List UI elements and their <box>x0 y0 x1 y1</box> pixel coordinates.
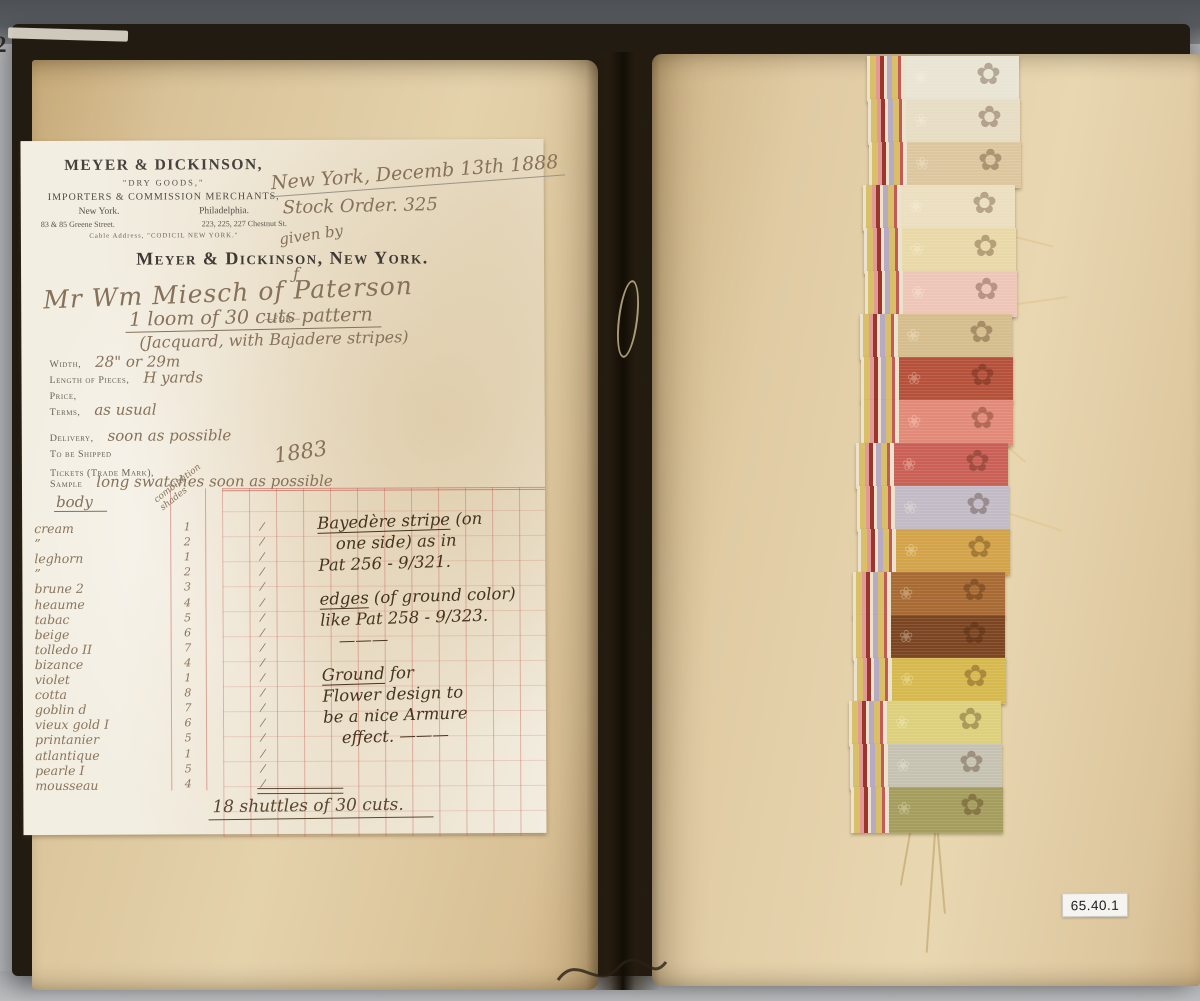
floral-motif-icon: ❀ <box>910 242 924 259</box>
handwritten-stock-order: Stock Order. 325 <box>283 194 438 218</box>
floral-motif-icon: ✿ <box>958 705 983 735</box>
floral-motif-icon: ✿ <box>969 318 994 348</box>
floral-motif-icon: ✿ <box>959 748 984 778</box>
table-row: beige6∕ <box>23 625 343 641</box>
shade-number: 7 <box>173 702 203 715</box>
color-name: cream <box>34 521 74 536</box>
fabric-swatch-dark-brown: ✿❀ <box>853 615 1005 661</box>
swatch-strip: ✿❀✿❀✿❀✿❀✿❀✿❀✿❀✿❀✿❀✿❀✿❀✿❀✿❀✿❀✿❀✿❀✿❀✿❀ <box>845 56 1025 846</box>
shade-number: 6 <box>173 717 203 730</box>
shade-number: 2 <box>172 566 202 579</box>
color-name: cotta <box>35 687 67 702</box>
tally-tick: ∕ <box>260 761 265 774</box>
fabric-swatch-ivory: ✿❀ <box>867 56 1019 102</box>
floral-motif-icon: ❀ <box>895 715 909 732</box>
color-name: tolledo II <box>35 642 92 657</box>
selvage-stripes <box>863 185 901 231</box>
tally-tick: ∕ <box>260 671 265 684</box>
note-edges: edges (of ground color) like Pat 258 - 9… <box>319 582 546 652</box>
fabric-face: ✿❀ <box>894 443 1008 489</box>
color-name: ” <box>34 566 40 581</box>
floral-motif-icon: ✿ <box>972 189 997 219</box>
fabric-swatch-salmon: ✿❀ <box>861 400 1013 446</box>
tally-tick: ∕ <box>260 746 265 759</box>
photograph-of-sample-book: 2 MEYER & DICKINSON, "DRY GOODS," IMPORT… <box>0 0 1200 1001</box>
floral-motif-icon: ✿ <box>962 576 987 606</box>
fabric-face: ✿❀ <box>891 572 1005 618</box>
floral-motif-icon: ❀ <box>913 70 927 87</box>
fabric-swatch-cream: ✿❀ <box>868 99 1020 145</box>
floral-motif-icon: ❀ <box>899 629 913 646</box>
floral-motif-icon: ❀ <box>902 457 916 474</box>
tally-tick: ∕ <box>260 701 265 714</box>
tally-tick: ∕ <box>259 520 264 533</box>
color-name: printanier <box>35 732 99 747</box>
table-row: cotta8∕ <box>23 686 343 702</box>
shade-number: 7 <box>173 641 203 654</box>
tally-tick: ∕ <box>260 626 265 639</box>
floral-motif-icon: ❀ <box>904 543 918 560</box>
shade-number: 5 <box>173 732 203 745</box>
fabric-swatch-rose: ✿❀ <box>856 443 1008 489</box>
floral-motif-icon: ❀ <box>915 156 929 173</box>
fabric-face: ✿❀ <box>896 529 1010 575</box>
fabric-swatch-champagne: ✿❀ <box>863 185 1015 231</box>
marginal-scribble <box>552 946 672 998</box>
color-name: ” <box>34 536 40 551</box>
shade-number: 4 <box>172 596 202 609</box>
floral-motif-icon: ❀ <box>906 328 920 345</box>
fabric-face: ✿❀ <box>907 142 1021 188</box>
floral-motif-icon: ❀ <box>914 113 928 130</box>
tally-tick: ∕ <box>259 550 264 563</box>
fabric-face: ✿❀ <box>903 271 1017 317</box>
fabric-swatch-blush-pink: ✿❀ <box>865 271 1017 317</box>
letterhead-city-right: Philadelphia. <box>199 206 249 216</box>
fabric-swatch-copper: ✿❀ <box>853 572 1005 618</box>
floral-motif-icon: ✿ <box>960 791 985 821</box>
selvage-stripes <box>865 271 903 317</box>
table-row: ”2∕ <box>22 565 342 581</box>
shade-number: 1 <box>173 671 203 684</box>
selvage-stripes <box>868 99 906 145</box>
letterhead-address-right: 223, 225, 227 Chestnut St. <box>202 219 287 228</box>
field-tickets: Tickets (Trade Mark),1883 <box>50 440 328 465</box>
fabric-swatch-pale-gold: ✿❀ <box>864 228 1016 274</box>
fabric-swatch-olive: ✿❀ <box>851 787 1003 833</box>
fabric-face: ✿❀ <box>898 314 1012 360</box>
selvage-stripes <box>864 228 902 274</box>
order-document: MEYER & DICKINSON, "DRY GOODS," IMPORTER… <box>20 139 546 835</box>
color-name: leghorn <box>34 551 83 566</box>
tally-tick: ∕ <box>260 656 265 669</box>
color-name: mousseau <box>35 777 98 792</box>
selvage-stripes <box>854 658 892 704</box>
tally-tick: ∕ <box>260 595 265 608</box>
tally-tick: ∕ <box>260 565 265 578</box>
letterhead-cable: Cable Address, "CODICIL NEW YORK." <box>39 232 289 240</box>
letterhead-city-left: New York. <box>79 207 120 217</box>
shade-number: 3 <box>172 581 202 594</box>
tally-tick: ∕ <box>260 716 265 729</box>
selvage-stripes <box>853 572 891 618</box>
shade-number: 4 <box>173 656 203 669</box>
selvage-stripes <box>850 744 888 790</box>
fabric-face: ✿❀ <box>888 744 1002 790</box>
selvage-stripes <box>851 787 889 833</box>
floral-motif-icon: ❀ <box>907 414 921 431</box>
floral-motif-icon: ✿ <box>977 103 1002 133</box>
floral-motif-icon: ❀ <box>907 371 921 388</box>
color-name: bizance <box>35 657 84 672</box>
floral-motif-icon: ❀ <box>900 672 914 689</box>
floral-motif-icon: ✿ <box>974 275 999 305</box>
fabric-swatch-khaki: ✿❀ <box>860 314 1012 360</box>
fabric-swatch-silver-lilac: ✿❀ <box>857 486 1009 532</box>
note-bayadere: Bayedère stripe (on one side) as in Pat … <box>317 506 544 576</box>
color-name: pearle I <box>35 762 84 777</box>
tally-tick: ∕ <box>260 610 265 623</box>
tally-tick: ∕ <box>260 580 265 593</box>
fabric-swatch-gold: ✿❀ <box>854 658 1006 704</box>
floral-motif-icon: ✿ <box>978 146 1003 176</box>
floral-motif-icon: ✿ <box>966 490 991 520</box>
handwritten-date: New York, Decemb 13th 1888 <box>268 150 565 197</box>
tally-tick: ∕ <box>259 535 264 548</box>
floral-motif-icon: ❀ <box>897 801 911 818</box>
fabric-swatch-chartreuse: ✿❀ <box>849 701 1001 747</box>
table-row: tabac5∕ <box>23 610 343 626</box>
table-row: leghorn1∕ <box>22 550 342 566</box>
shade-number: 2 <box>172 535 202 548</box>
color-name: atlantique <box>35 747 100 762</box>
fabric-face: ✿❀ <box>902 228 1016 274</box>
fabric-face: ✿❀ <box>899 400 1013 446</box>
letterhead-business: IMPORTERS & COMMISSION MERCHANTS, <box>39 191 289 203</box>
shade-number: 5 <box>173 611 203 624</box>
floral-motif-icon: ✿ <box>965 447 990 477</box>
selvage-stripes <box>861 357 899 403</box>
table-row: tolledo II7∕ <box>23 641 343 657</box>
floral-motif-icon: ❀ <box>911 285 925 302</box>
table-row: cream1∕ <box>22 520 342 536</box>
book-spine <box>586 52 660 990</box>
color-name: heaume <box>34 596 84 611</box>
floral-motif-icon: ✿ <box>976 60 1001 90</box>
fabric-face: ✿❀ <box>895 486 1009 532</box>
floral-motif-icon: ✿ <box>970 361 995 391</box>
fabric-face: ✿❀ <box>887 701 1001 747</box>
selvage-stripes <box>856 443 894 489</box>
selvage-stripes <box>861 400 899 446</box>
letterhead-tagline: "DRY GOODS," <box>39 177 289 188</box>
table-row: atlantique1∕ <box>23 746 343 762</box>
fabric-face: ✿❀ <box>891 615 1005 661</box>
fabric-swatch-gold-ochre: ✿❀ <box>858 529 1010 575</box>
note-ground: Ground for Flower design to be a nice Ar… <box>322 658 549 749</box>
table-row: brune 23∕ <box>22 580 342 596</box>
shade-number: 5 <box>173 762 203 775</box>
floral-motif-icon: ✿ <box>973 232 998 262</box>
selvage-stripes <box>858 529 896 575</box>
shade-number: 8 <box>173 686 203 699</box>
fabric-face: ✿❀ <box>901 185 1015 231</box>
floral-motif-icon: ✿ <box>970 404 995 434</box>
table-row: pearle I5∕ <box>23 761 343 777</box>
table-row: heaume4∕ <box>22 595 342 611</box>
fabric-face: ✿❀ <box>889 787 1003 833</box>
selvage-stripes <box>860 314 898 360</box>
floral-motif-icon: ✿ <box>962 619 987 649</box>
tally-tick: ∕ <box>260 731 265 744</box>
table-row: printanier5∕ <box>23 731 343 747</box>
printed-imprint: Meyer & Dickinson, New York. <box>21 247 544 270</box>
ink-notes: Bayedère stripe (on one side) as in Pat … <box>317 506 549 762</box>
tally-tick: ∕ <box>260 641 265 654</box>
selvage-stripes <box>857 486 895 532</box>
fabric-swatch-silver-grey: ✿❀ <box>850 744 1002 790</box>
color-name: vieux gold I <box>35 717 109 732</box>
selvage-stripes <box>867 56 905 102</box>
table-footer: 18 shuttles of 30 cuts. <box>208 794 434 820</box>
selvage-stripes <box>853 615 891 661</box>
selvage-stripes <box>869 142 907 188</box>
fabric-face: ✿❀ <box>905 56 1019 102</box>
floral-motif-icon: ❀ <box>896 758 910 775</box>
color-name: beige <box>35 627 70 642</box>
fabric-swatch-ecru: ✿❀ <box>869 142 1021 188</box>
shade-number: 1 <box>173 747 203 760</box>
table-row: violet1∕ <box>23 671 343 687</box>
letterhead-company: MEYER & DICKINSON, <box>39 156 289 175</box>
table-row: bizance4∕ <box>23 656 343 672</box>
table-row: ”2∕ <box>22 535 342 551</box>
tally-end-rule <box>257 788 343 794</box>
table-header-body: body <box>54 493 107 512</box>
shade-number: 4 <box>173 777 203 790</box>
fabric-face: ✿❀ <box>892 658 1006 704</box>
floral-motif-icon: ✿ <box>967 533 992 563</box>
tally-tick: ∕ <box>260 686 265 699</box>
color-name: tabac <box>35 612 70 627</box>
shade-number: 1 <box>172 551 202 564</box>
floral-motif-icon: ❀ <box>903 500 917 517</box>
table-row: vieux gold I6∕ <box>23 716 343 732</box>
shade-number: 6 <box>173 626 203 639</box>
accession-label: 65.40.1 <box>1062 893 1128 918</box>
field-terms: Terms,as usual <box>50 401 157 419</box>
letterhead: MEYER & DICKINSON, "DRY GOODS," IMPORTER… <box>39 156 289 240</box>
fabric-face: ✿❀ <box>899 357 1013 403</box>
selvage-stripes <box>849 701 887 747</box>
shade-number: 1 <box>172 520 202 533</box>
fabric-swatch-rust: ✿❀ <box>861 357 1013 403</box>
floral-motif-icon: ❀ <box>909 199 923 216</box>
floral-motif-icon: ✿ <box>963 662 988 692</box>
fabric-face: ✿❀ <box>906 99 1020 145</box>
letterhead-address-left: 83 & 85 Greene Street. <box>41 220 115 229</box>
color-name: brune 2 <box>34 581 83 596</box>
color-name: violet <box>35 672 70 687</box>
color-name: goblin d <box>35 702 87 717</box>
table-row: goblin d7∕ <box>23 701 343 717</box>
page-number: 2 <box>0 32 7 58</box>
floral-motif-icon: ❀ <box>899 586 913 603</box>
